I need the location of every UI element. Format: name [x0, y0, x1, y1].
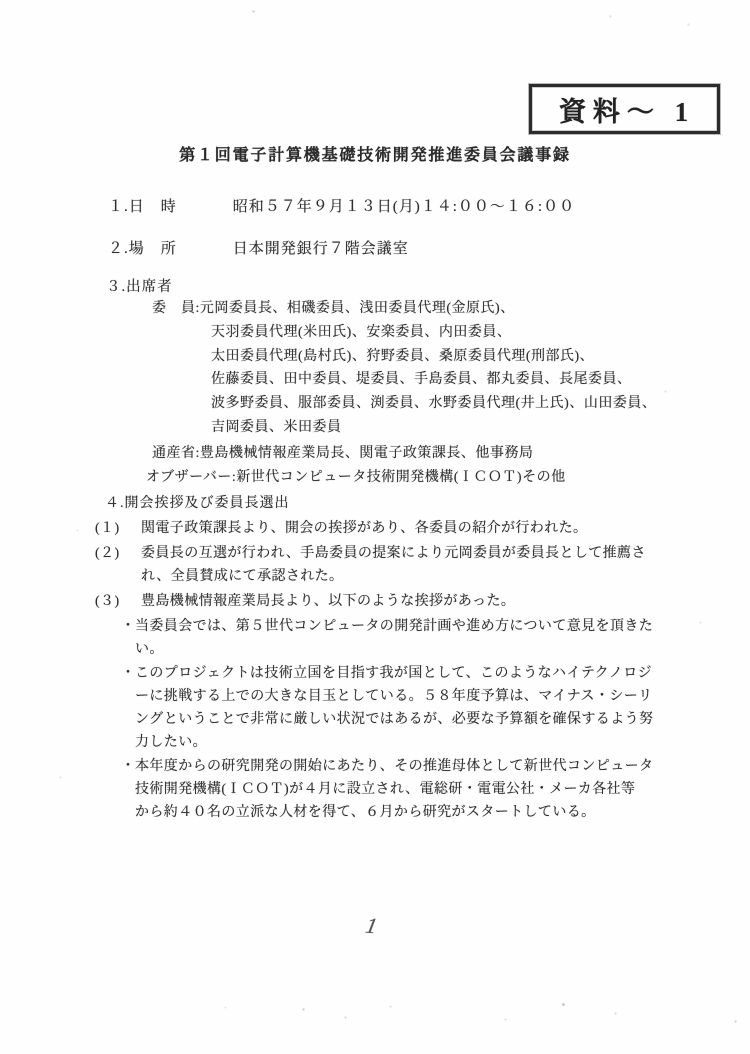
place-label: ２.場 所: [108, 237, 228, 258]
member-line: 吉岡委員、米田委員: [152, 416, 727, 440]
bullet-line: い。: [135, 638, 685, 661]
member-line: 波多野委員、服部委員、渕委員、水野委員代理(井上氏)、山田委員、: [152, 392, 727, 416]
item-marker: (３): [95, 590, 141, 614]
opening-item-3: (３) 豊島機械情報産業局長より、以下のような挨拶があった。: [95, 590, 685, 614]
ministry-line: 通産省:豊島機械情報産業局長、関電子政策課長、他事務局: [152, 442, 727, 466]
bullet-line: から約４０名の立派な人材を得て、６月から研究がスタートしている。: [135, 801, 685, 824]
scan-speckles: [0, 0, 1, 1]
page-number: 1: [364, 913, 380, 940]
bullet-text: 本年度からの研究開発の開始にあたり、その推進母体として新世代コンピュータ 技術開…: [135, 755, 685, 824]
opening-item-2: (２) 委員長の互選が行われ、手島委員の提案により元岡委員が委員長として推薦さ …: [95, 542, 685, 590]
datetime-value: 昭和５７年９月１３日(月)１４:００～１６:００: [233, 199, 575, 215]
bullet-item-1: ・ 当委員会では、第５世代コンピュータの開発計画や進め方について意見を頂きた い…: [121, 615, 685, 661]
stamp-label: 資料～ 1: [559, 90, 695, 129]
bullet-line: ングということで非常に厳しい状況ではあるが、必要な予算額を確保するよう努: [135, 708, 685, 731]
bullet-text: このプロジェクトは技術立国を目指す我が国として、このようなハイテクノロジ ーに挑…: [135, 662, 685, 754]
stamp-box: 資料～ 1: [529, 84, 720, 134]
item-line: 豊島機械情報産業局長より、以下のような挨拶があった。: [141, 590, 685, 614]
member-line: 委 員:元岡委員長、相磯委員、浅田委員代理(金原氏)、: [152, 297, 727, 321]
item-text: 委員長の互選が行われ、手島委員の提案により元岡委員が委員長として推薦さ れ、全員…: [141, 542, 685, 590]
attendees-list: 委 員:元岡委員長、相磯委員、浅田委員代理(金原氏)、 天羽委員代理(米田氏)、…: [152, 297, 727, 489]
bullet-marker: ・: [121, 615, 135, 661]
document-page: 資料～ 1 第１回電子計算機基礎技術開発推進委員会議事録 １.日 時 昭和５７年…: [0, 0, 750, 1054]
bullet-line: ーに挑戦する上での大きな目玉としている。５８年度予算は、マイナス・シーリ: [135, 685, 685, 708]
place-value: 日本開発銀行７階会議室: [233, 241, 409, 257]
member-line: 佐藤委員、田中委員、堤委員、手島委員、都丸委員、長尾委員、: [152, 368, 727, 392]
bullet-item-2: ・ このプロジェクトは技術立国を目指す我が国として、このようなハイテクノロジ ー…: [121, 662, 685, 754]
section-datetime: １.日 時 昭和５７年９月１３日(月)１４:００～１６:００: [108, 195, 575, 216]
attendees-heading: ３.出席者: [106, 275, 173, 296]
bullet-line: 力したい。: [135, 731, 685, 754]
bullet-line: 本年度からの研究開発の開始にあたり、その推進母体として新世代コンピュータ: [135, 755, 685, 778]
observer-line: オブザーバー:新世代コンピュータ技術開発機構(ＩＣＯＴ)その他: [146, 466, 727, 490]
member-role-label: 委 員:: [152, 301, 200, 316]
item-line: 関電子政策課長より、開会の挨拶があり、各委員の紹介が行われた。: [141, 517, 685, 541]
member-line: 天羽委員代理(米田氏)、安楽委員、内田委員、: [152, 321, 727, 345]
bullet-line: 当委員会では、第５世代コンピュータの開発計画や進め方について意見を頂きた: [135, 615, 685, 638]
item-text: 豊島機械情報産業局長より、以下のような挨拶があった。: [141, 590, 685, 614]
document-title: 第１回電子計算機基礎技術開発推進委員会議事録: [0, 142, 750, 165]
bullet-text: 当委員会では、第５世代コンピュータの開発計画や進め方について意見を頂きた い。: [135, 615, 685, 661]
item-text: 関電子政策課長より、開会の挨拶があり、各委員の紹介が行われた。: [141, 517, 685, 541]
member-line: 太田委員代理(島村氏)、狩野委員、桑原委員代理(刑部氏)、: [152, 345, 727, 369]
item-line: れ、全員賛成にて承認された。: [141, 565, 685, 589]
bullet-line: このプロジェクトは技術立国を目指す我が国として、このようなハイテクノロジ: [135, 662, 685, 685]
item-marker: (１): [95, 517, 141, 541]
opening-heading: ４.開会挨拶及び委員長選出: [105, 492, 685, 516]
opening-item-1: (１) 関電子政策課長より、開会の挨拶があり、各委員の紹介が行われた。: [95, 517, 685, 541]
bullet-marker: ・: [121, 755, 135, 824]
opening-section: ４.開会挨拶及び委員長選出 (１) 関電子政策課長より、開会の挨拶があり、各委員…: [95, 492, 685, 824]
bullet-item-3: ・ 本年度からの研究開発の開始にあたり、その推進母体として新世代コンピュータ 技…: [121, 755, 685, 824]
section-place: ２.場 所 日本開発銀行７階会議室: [108, 237, 409, 258]
datetime-label: １.日 時: [108, 195, 228, 216]
member-names: 元岡委員長、相磯委員、浅田委員代理(金原氏)、: [200, 301, 515, 316]
item-line: 委員長の互選が行われ、手島委員の提案により元岡委員が委員長として推薦さ: [141, 542, 685, 566]
item-marker: (２): [95, 542, 141, 590]
bullet-line: 技術開発機構(ＩＣＯＴ)が４月に設立され、電総研・電電公社・メーカ各社等: [135, 778, 685, 801]
remarks-bullets: ・ 当委員会では、第５世代コンピュータの開発計画や進め方について意見を頂きた い…: [121, 615, 685, 824]
bullet-marker: ・: [121, 662, 135, 754]
